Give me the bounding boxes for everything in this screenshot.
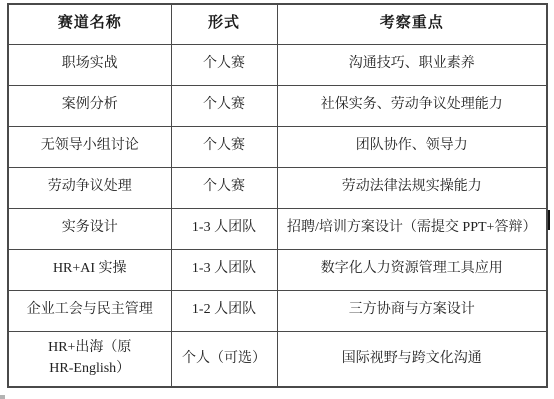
text-cursor-artifact xyxy=(548,210,550,230)
table-row: 职场实战 个人赛 沟通技巧、职业素养 xyxy=(8,44,547,85)
cell-track-name: 实务设计 xyxy=(8,208,171,249)
table-row: 劳动争议处理 个人赛 劳动法律法规实操能力 xyxy=(8,167,547,208)
cell-format: 1-2 人团队 xyxy=(171,290,277,331)
cell-format: 个人（可选） xyxy=(171,331,277,387)
header-row: 赛道名称 形式 考察重点 xyxy=(8,4,547,44)
cell-track-name: 案例分析 xyxy=(8,85,171,126)
cell-format: 个人赛 xyxy=(171,44,277,85)
cell-assessment-focus: 三方协商与方案设计 xyxy=(277,290,547,331)
cell-format: 个人赛 xyxy=(171,85,277,126)
competition-tracks-table: 赛道名称 形式 考察重点 职场实战 个人赛 沟通技巧、职业素养 案例分析 个人赛… xyxy=(7,3,548,388)
col-header-track-name: 赛道名称 xyxy=(8,4,171,44)
cell-assessment-focus: 沟通技巧、职业素养 xyxy=(277,44,547,85)
cell-format: 个人赛 xyxy=(171,167,277,208)
cell-track-name: 无领导小组讨论 xyxy=(8,126,171,167)
cell-assessment-focus: 社保实务、劳动争议处理能力 xyxy=(277,85,547,126)
table-row: 实务设计 1-3 人团队 招聘/培训方案设计（需提交 PPT+答辩） xyxy=(8,208,547,249)
cell-assessment-focus: 团队协作、领导力 xyxy=(277,126,547,167)
table-row: 案例分析 个人赛 社保实务、劳动争议处理能力 xyxy=(8,85,547,126)
cell-format: 1-3 人团队 xyxy=(171,249,277,290)
cell-track-name: 职场实战 xyxy=(8,44,171,85)
table-row: 企业工会与民主管理 1-2 人团队 三方协商与方案设计 xyxy=(8,290,547,331)
col-header-format: 形式 xyxy=(171,4,277,44)
cell-format: 1-3 人团队 xyxy=(171,208,277,249)
table-row: 无领导小组讨论 个人赛 团队协作、领导力 xyxy=(8,126,547,167)
cell-assessment-focus: 劳动法律法规实操能力 xyxy=(277,167,547,208)
cell-track-name: HR+AI 实操 xyxy=(8,249,171,290)
col-header-assessment-focus: 考察重点 xyxy=(277,4,547,44)
cell-assessment-focus: 国际视野与跨文化沟通 xyxy=(277,331,547,387)
table-row: HR+AI 实操 1-3 人团队 数字化人力资源管理工具应用 xyxy=(8,249,547,290)
cell-track-name: 企业工会与民主管理 xyxy=(8,290,171,331)
cell-assessment-focus: 数字化人力资源管理工具应用 xyxy=(277,249,547,290)
cell-track-name: HR+出海（原 HR-English） xyxy=(8,331,171,387)
cell-assessment-focus: 招聘/培训方案设计（需提交 PPT+答辩） xyxy=(277,208,547,249)
table-row: HR+出海（原 HR-English） 个人（可选） 国际视野与跨文化沟通 xyxy=(8,331,547,387)
corner-artifact xyxy=(0,395,5,399)
cell-format: 个人赛 xyxy=(171,126,277,167)
cell-track-name: 劳动争议处理 xyxy=(8,167,171,208)
